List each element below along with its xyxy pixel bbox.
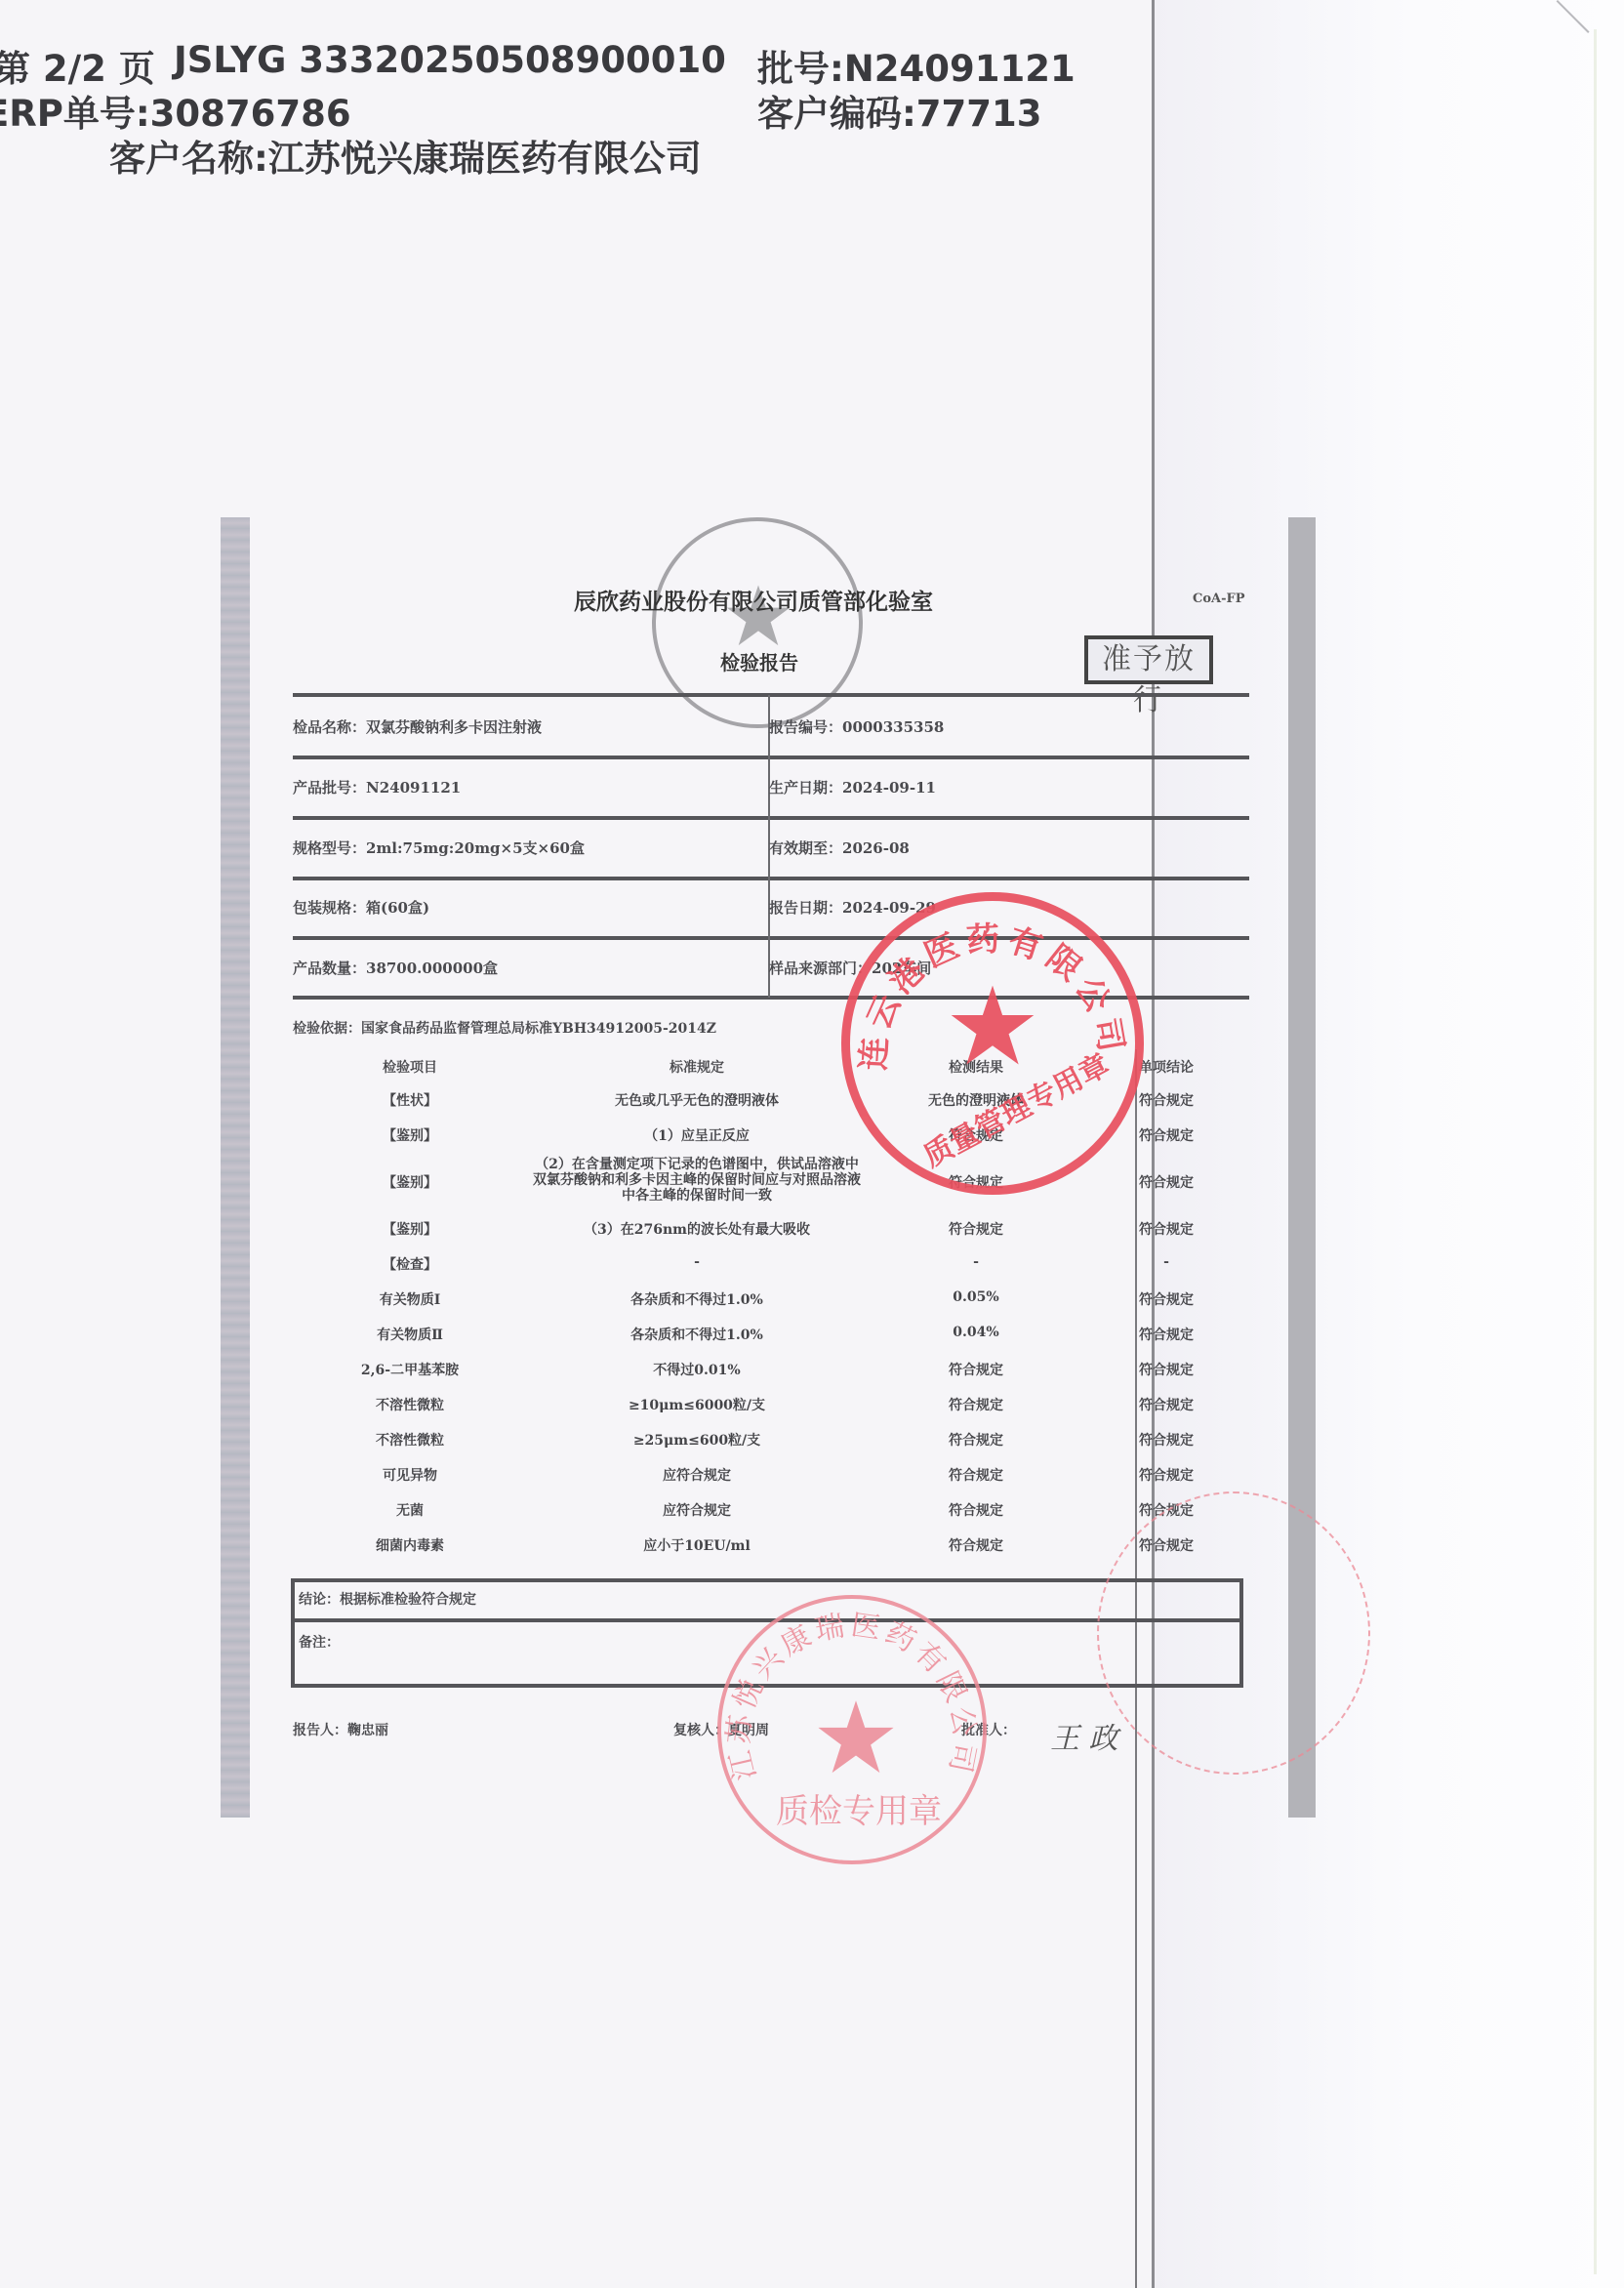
cell-result: 符合规定 xyxy=(949,1360,1003,1379)
star-icon xyxy=(948,981,1037,1071)
cell-conclusion: 符合规定 xyxy=(1139,1360,1194,1379)
cell-standard: ≥25μm≤600粒/支 xyxy=(633,1430,760,1450)
product-batch: 产品批号：N24091121 xyxy=(293,777,461,797)
red-seal-quality-management: 连云港医药有限公司 质量管理专用章 xyxy=(841,892,1144,1195)
package-spec: 包装规格：箱(60盒) xyxy=(293,897,429,918)
col-header-conclusion: 单项结论 xyxy=(1139,1057,1194,1077)
form-code: CoA-FP xyxy=(1193,592,1245,606)
page-edge xyxy=(1594,29,1597,2274)
report-number: 报告编号：0000335358 xyxy=(769,716,944,737)
cell-standard: 不得过0.01% xyxy=(653,1360,740,1379)
cell-item: 【鉴别】 xyxy=(383,1219,437,1239)
report-title: 检验报告 xyxy=(720,647,798,675)
cell-conclusion: 符合规定 xyxy=(1139,1219,1194,1239)
cell-conclusion: 符合规定 xyxy=(1139,1395,1194,1414)
cell-item: 【检查】 xyxy=(383,1254,437,1274)
remarks-label: 备注： xyxy=(299,1632,340,1652)
cell-conclusion: 符合规定 xyxy=(1139,1465,1194,1485)
cell-conclusion: 符合规定 xyxy=(1139,1090,1194,1110)
test-basis: 检验依据：国家食品药品监督管理总局标准YBH34912005-2014Z xyxy=(293,1018,716,1038)
cell-item: 可见异物 xyxy=(383,1465,437,1485)
cell-standard: 应符合规定 xyxy=(663,1465,731,1485)
col-header-item: 检验项目 xyxy=(383,1057,437,1077)
faint-red-seal xyxy=(1097,1491,1370,1775)
star-icon xyxy=(815,1696,897,1778)
cell-result: 符合规定 xyxy=(949,1219,1003,1239)
cell-result: 符合规定 xyxy=(949,1500,1003,1520)
red-seal-quality-inspection: 江苏悦兴康瑞医药有限公司 质检专用章 xyxy=(717,1595,987,1864)
cell-result: 符合规定 xyxy=(949,1465,1003,1485)
cell-item: 不溶性微粒 xyxy=(376,1395,444,1414)
cell-conclusion: 符合规定 xyxy=(1139,1325,1194,1344)
cell-standard: 各杂质和不得过1.0% xyxy=(630,1289,763,1309)
cell-result: 0.04% xyxy=(953,1325,998,1340)
doc-code: JSLYG 3332025050890001​0 xyxy=(174,39,726,81)
product-spec: 规格型号：2ml:75mg:20mg×5支×60盒 xyxy=(293,838,585,858)
cell-result: 符合规定 xyxy=(949,1395,1003,1414)
cell-item: 2,6-二甲基苯胺 xyxy=(361,1360,459,1379)
info-rule xyxy=(293,877,1249,880)
conclusion-text: 结论：根据标准检验符合规定 xyxy=(299,1589,476,1609)
info-top-rule xyxy=(293,693,1249,697)
seal-center-text: 质检专用章 xyxy=(776,1784,942,1832)
cell-item: 无菌 xyxy=(396,1500,424,1520)
production-date: 生产日期：2024-09-11 xyxy=(769,777,936,797)
cell-conclusion: - xyxy=(1163,1254,1169,1270)
cell-item: 细菌内毒素 xyxy=(376,1535,444,1555)
cell-item: 【性状】 xyxy=(383,1090,437,1110)
cell-standard: 各杂质和不得过1.0% xyxy=(630,1325,763,1344)
customer-code: 客户编码:77713 xyxy=(757,84,1042,137)
cell-standard: ≥10μm≤6000粒/支 xyxy=(629,1395,765,1414)
product-quantity: 产品数量：38700.000000盒 xyxy=(293,958,498,978)
cell-conclusion: 符合规定 xyxy=(1139,1289,1194,1309)
cell-conclusion: 符合规定 xyxy=(1139,1172,1194,1192)
cell-standard: （3）在276nm的波长处有最大吸收 xyxy=(584,1219,810,1239)
reporter: 报告人：鞠忠丽 xyxy=(293,1720,388,1739)
cell-standard: 应符合规定 xyxy=(663,1500,731,1520)
cell-standard: 应小于10EU/ml xyxy=(643,1535,751,1555)
product-name: 检品名称：双氯芬酸钠利多卡因注射液 xyxy=(293,716,542,737)
cell-result: 符合规定 xyxy=(949,1430,1003,1450)
cell-item: 【鉴别】 xyxy=(383,1172,437,1192)
cell-item: 【鉴别】 xyxy=(383,1125,437,1145)
company-title: 辰欣药业股份有限公司质管部化验室 xyxy=(574,584,933,616)
cell-conclusion: 符合规定 xyxy=(1139,1125,1194,1145)
cell-standard: （1）应呈正反应 xyxy=(644,1125,750,1145)
approver-signature: 王 政 xyxy=(1050,1714,1118,1757)
cell-result: 0.05% xyxy=(953,1289,998,1305)
customer-name: 客户名称:江苏悦兴康瑞医药有限公司 xyxy=(109,129,702,182)
cell-result: 符合规定 xyxy=(949,1535,1003,1555)
info-rule xyxy=(293,816,1249,820)
release-approved-stamp: 准予放行 xyxy=(1084,635,1213,684)
cell-result: - xyxy=(973,1254,979,1270)
expiry-date: 有效期至：2026-08 xyxy=(769,838,910,858)
cell-item: 有关物质Ⅰ xyxy=(380,1289,441,1309)
cell-item: 有关物质Ⅱ xyxy=(377,1325,443,1344)
col-header-standard: 标准规定 xyxy=(670,1057,724,1077)
cell-conclusion: 符合规定 xyxy=(1139,1430,1194,1450)
page-shading xyxy=(1152,0,1624,2288)
cell-standard: 无色或几乎无色的澄明液体 xyxy=(615,1090,779,1110)
cell-standard: （2）在含量测定项下记录的色谱图中，供试品溶液中双氯芬酸钠和利多卡因主峰的保留时… xyxy=(531,1157,863,1204)
scan-bar-left xyxy=(221,517,250,1818)
info-rule xyxy=(293,756,1249,759)
cell-standard: - xyxy=(694,1254,700,1270)
cell-item: 不溶性微粒 xyxy=(376,1430,444,1450)
